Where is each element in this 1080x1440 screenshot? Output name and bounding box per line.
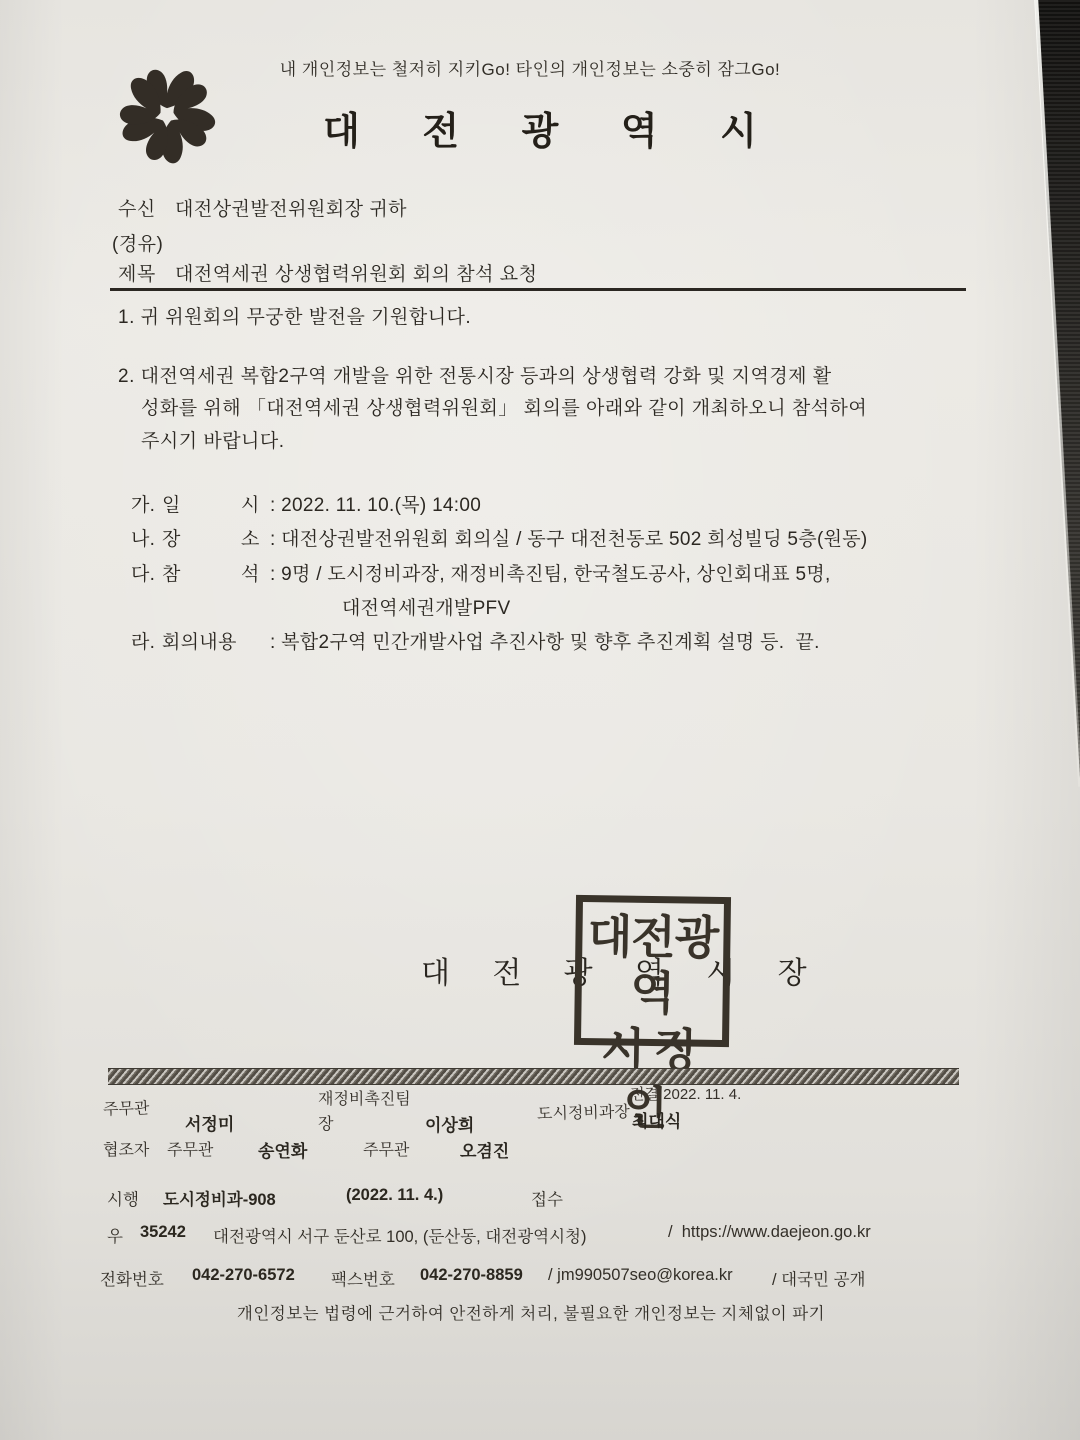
delegated-decision-date: 전결 2022. 11. 4. <box>630 1083 741 1104</box>
receipt-label: 접수 <box>531 1186 563 1210</box>
item-marker: 가. <box>131 490 155 517</box>
recipient-label: 수신 <box>118 194 175 221</box>
cooperator2-title: 주무관 <box>363 1137 409 1160</box>
postal-code: 35242 <box>140 1223 186 1242</box>
body-paragraph-2-line-2: 성화를 위해 「대전역세권 상생협력위원회」 회의를 아래와 같이 개최하오니 … <box>141 393 867 420</box>
official-seal-stamp: 대전광역 시장인 <box>574 895 731 1047</box>
privacy-notice-bottom: 개인정보는 법령에 근거하여 안전하게 처리, 불필요한 개인정보는 지체없이 … <box>0 1300 1062 1324</box>
subject-label: 제목 <box>118 259 175 286</box>
website-url: / https://www.daejeon.go.kr <box>668 1223 871 1242</box>
cooperator2-name: 오겸진 <box>460 1137 509 1162</box>
item-label-char1: 일 <box>162 490 181 517</box>
item-value: : 복합2구역 민간개발사업 추진사항 및 향후 추진계획 설명 등. 끝. <box>270 627 820 654</box>
body-paragraph-2-line-1: 2. 대전역세권 복합2구역 개발을 위한 전통시장 등과의 상생협력 강화 및… <box>118 361 832 388</box>
item-label-char1: 참 <box>162 559 181 586</box>
body-paragraph-2-line-3: 주시기 바랍니다. <box>141 426 285 453</box>
via-line: (경유) <box>112 229 163 256</box>
item-label-char2: 시 <box>241 490 260 517</box>
document-number: 도시정비과-908 <box>163 1186 276 1210</box>
scanned-document-photo: 내 개인정보는 철저히 지키Go! 타인의 개인정보는 소중히 잠그Go! 대 … <box>0 0 1080 1440</box>
decorative-hatch-bar <box>108 1068 959 1085</box>
director-title: 도시정비과장 <box>537 1099 630 1124</box>
execution-date: (2022. 11. 4.) <box>346 1186 443 1205</box>
item-marker: 라. <box>131 627 155 654</box>
item-marker: 다. <box>131 559 155 586</box>
phone-number: 042-270-6572 <box>192 1266 295 1285</box>
director-name: 최대식 <box>632 1107 681 1132</box>
subject-line: 제목대전역세권 상생협력위원회 회의 참석 요청 <box>118 259 538 286</box>
item-label-char2: 석 <box>241 559 260 586</box>
item-label-char2: 소 <box>241 524 260 551</box>
cooperator-label: 협조자 <box>103 1137 149 1160</box>
address: 대전광역시 서구 둔산로 100, (둔산동, 대전광역시청) <box>213 1223 586 1247</box>
cooperator1-name: 송연화 <box>258 1137 307 1162</box>
item-label: 회의내용 <box>162 627 237 654</box>
team-title-line2: 장 <box>318 1111 333 1134</box>
item-value: : 9명 / 도시정비과장, 재정비촉진팀, 한국철도공사, 상인회대표 5명, <box>270 559 831 586</box>
drafter-title: 주무관 <box>103 1095 150 1120</box>
fax-number: 042-270-8859 <box>420 1266 523 1285</box>
seal-text-line1: 대전광역 <box>581 908 724 1022</box>
header-divider <box>110 288 966 291</box>
recipient-line: 수신대전상권발전위원회장 귀하 <box>118 194 407 221</box>
execution-label: 시행 <box>107 1186 139 1210</box>
subject-value: 대전역세권 상생협력위원회 회의 참석 요청 <box>175 264 538 285</box>
item-value: : 2022. 11. 10.(목) 14:00 <box>270 490 481 517</box>
item-marker: 나. <box>131 524 155 551</box>
phone-label: 전화번호 <box>100 1266 164 1290</box>
postal-label: 우 <box>107 1223 123 1247</box>
cooperator1-title: 주무관 <box>167 1137 213 1160</box>
drafter-name: 서정미 <box>185 1110 234 1135</box>
item-value: 대전역세권개발PFV <box>342 593 510 620</box>
team-title-line1: 재정비촉진팀 <box>318 1086 411 1109</box>
item-value: : 대전상권발전위원회 회의실 / 동구 대전천동로 502 희성빌딩 5층(원… <box>270 524 868 551</box>
item-label-char1: 장 <box>162 524 181 551</box>
body-paragraph-1: 1. 귀 위원회의 무궁한 발전을 기원합니다. <box>118 302 471 329</box>
fax-label: 팩스번호 <box>331 1266 395 1290</box>
recipient-value: 대전상권발전위원회장 귀하 <box>175 199 407 220</box>
disclosure-level: / 대국민 공개 <box>772 1266 865 1290</box>
email-address: / jm990507seo@korea.kr <box>548 1266 733 1285</box>
document-title: 대 전 광 역 시 <box>0 100 1080 155</box>
team-leader-name: 이상희 <box>425 1111 474 1136</box>
